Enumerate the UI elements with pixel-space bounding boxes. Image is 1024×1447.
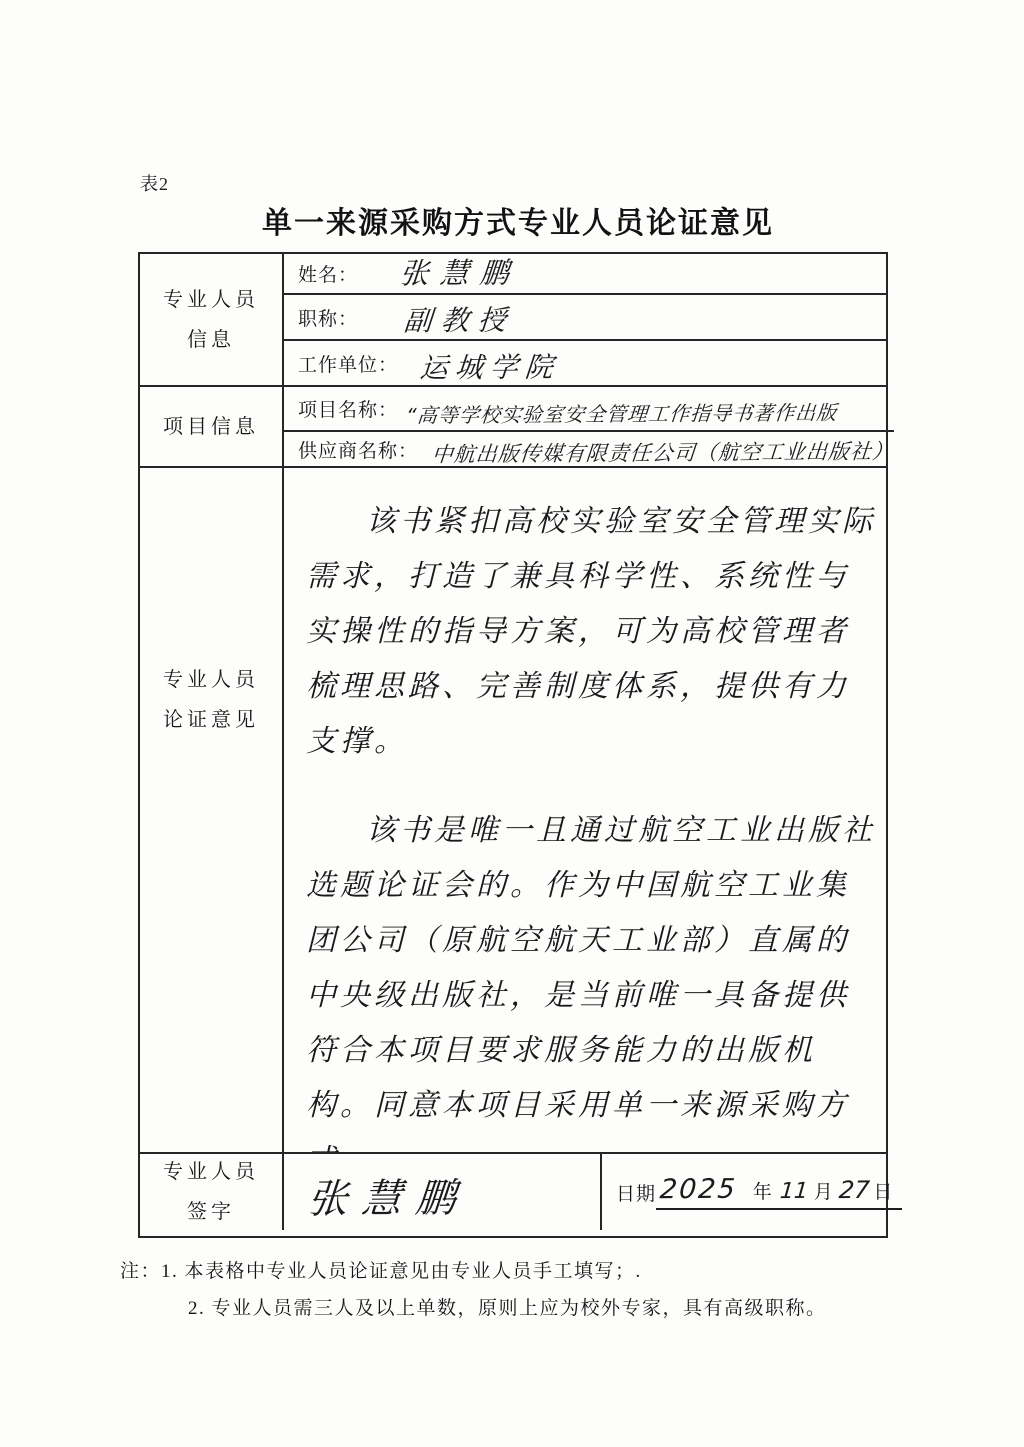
signature-cell: 张慧鹏 [284,1154,602,1230]
opinion-section: 专业人员 论证意见 该书紧扣高校实验室安全管理实际需求，打造了兼具科学性、系统性… [140,466,886,1152]
name-label: 姓名： [298,260,358,287]
supplier-name-label: 供应商名称： [298,436,418,463]
row-label-line: 专业人员 [163,660,259,700]
row-label-line: 论证意见 [163,700,259,740]
date-month-label: 月 [814,1177,835,1204]
job-title-label: 职称： [298,304,358,331]
supplier-name-handwritten-value: 中航出版传媒有限责任公司（航空工业出版社） [431,435,896,468]
project-info-fields: 项目名称： “高等学校实验室安全管理工作指导书著作出版 供应商名称： 中航出版传… [284,387,894,466]
signature-row-label: 专业人员 签字 [140,1154,284,1230]
project-info-row-label: 项目信息 [140,387,284,466]
date-year-label: 年 [753,1177,774,1204]
document-title: 单一来源采购方式专业人员论证意见 [138,198,898,242]
form-table: 专业人员 信息 姓名： 张慧鹏 职称： 副教授 工作单位： 运城学院 [138,252,888,1238]
opinion-handwritten-text: 该书紧扣高校实验室安全管理实际需求，打造了兼具科学性、系统性与实操性的指导方案，… [284,468,886,1152]
project-name-label: 项目名称： [298,395,398,422]
signature-handwritten-value: 张慧鹏 [306,1166,473,1224]
work-unit-label: 工作单位： [298,350,398,377]
footnote-2: 2. 专业人员需三人及以上单数，原则上应为校外专家，具有高级职称。 [188,1293,827,1320]
job-title-handwritten-value: 副教授 [402,299,516,340]
date-cell: 日期 2025 年 11 月 27 日 [602,1154,902,1230]
personnel-info-row-label: 专业人员 信息 [140,254,284,385]
signature-section: 专业人员 签字 张慧鹏 日期 2025 年 11 月 27 日 [140,1152,886,1230]
date-label: 日期 [616,1179,656,1206]
date-day-handwritten-value: 27 [838,1176,871,1204]
opinion-paragraph-1: 该书紧扣高校实验室安全管理实际需求，打造了兼具科学性、系统性与实操性的指导方案，… [306,494,878,769]
work-unit-handwritten-value: 运城学院 [418,346,561,387]
scanned-document-page: 表2 单一来源采购方式专业人员论证意见 专业人员 信息 姓名： 张慧鹏 职称： … [0,0,1024,1447]
supplier-name-field-row: 供应商名称： 中航出版传媒有限责任公司（航空工业出版社） [284,430,894,466]
opinion-paragraph-2: 该书是唯一且通过航空工业出版社选题论证会的。作为中国航空工业集团公司（原航空航天… [306,803,878,1152]
name-handwritten-value: 张慧鹏 [398,251,521,293]
opinion-row-label: 专业人员 论证意见 [140,468,284,1152]
project-name-handwritten-value: “高等学校实验室安全管理工作指导书著作出版 [405,396,839,428]
footnote-1: 注：1. 本表格中专业人员论证意见由专业人员手工填写；. [120,1256,642,1283]
row-label-line: 信息 [187,320,235,360]
row-label-line: 专业人员 [163,1152,259,1192]
personnel-info-section: 专业人员 信息 姓名： 张慧鹏 职称： 副教授 工作单位： 运城学院 [140,254,886,385]
date-underline: 2025 年 11 月 27 日 [656,1174,902,1210]
name-field-row: 姓名： 张慧鹏 [284,254,886,293]
date-month-handwritten-value: 11 [779,1179,809,1204]
row-label-line: 项目信息 [163,407,259,447]
row-label-line: 签字 [187,1192,235,1232]
date-year-handwritten-value: 2025 [659,1174,738,1206]
date-day-label: 日 [873,1177,894,1204]
row-label-line: 专业人员 [163,280,259,320]
table-number-label: 表2 [140,170,169,196]
project-name-field-row: 项目名称： “高等学校实验室安全管理工作指导书著作出版 [284,387,894,430]
job-title-field-row: 职称： 副教授 [284,293,886,339]
project-info-section: 项目信息 项目名称： “高等学校实验室安全管理工作指导书著作出版 供应商名称： … [140,385,886,466]
personnel-info-fields: 姓名： 张慧鹏 职称： 副教授 工作单位： 运城学院 [284,254,886,385]
work-unit-field-row: 工作单位： 运城学院 [284,339,886,385]
